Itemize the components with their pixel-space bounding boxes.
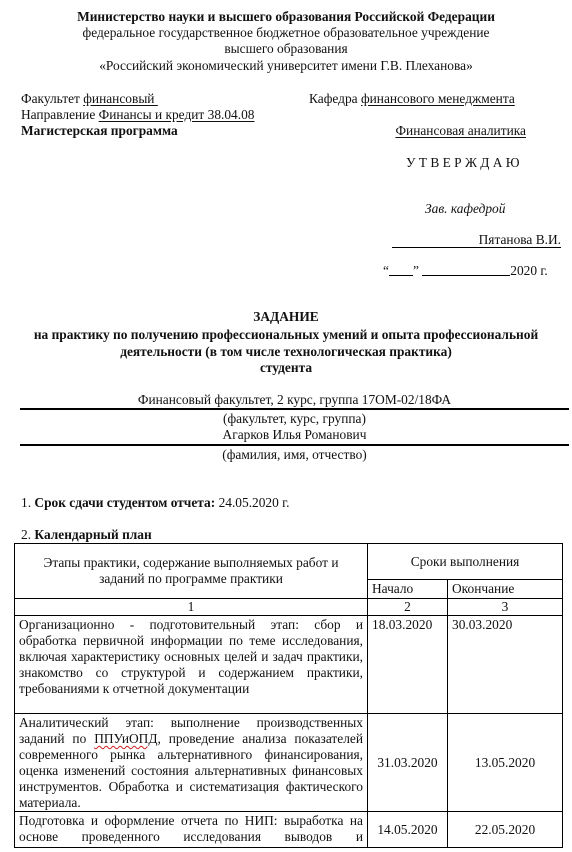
month-blank — [422, 263, 510, 276]
group-underline — [20, 408, 569, 410]
student-name-value: Агарков Илья Романович — [20, 427, 569, 443]
stage-end-date: 22.05.2020 — [448, 812, 563, 848]
header-end: Окончание — [448, 580, 563, 599]
approval-date: “” 2020 г. — [383, 263, 548, 279]
program-label: Магистерская программа — [21, 123, 178, 139]
table-number-row: 1 2 3 — [15, 599, 563, 616]
group-caption: (факультет, курс, группа) — [20, 411, 569, 427]
col-number-2: 2 — [368, 599, 448, 616]
table-row: Организационно - подготовительный этап: … — [15, 616, 563, 714]
stage-start-date: 14.05.2020 — [368, 812, 448, 848]
deadline-label: Срок сдачи студентом отчета: — [34, 495, 215, 510]
name-caption: (фамилия, имя, отчество) — [20, 447, 569, 463]
stage-end-date: 30.03.2020 — [448, 616, 563, 714]
calendar-plan-table: Этапы практики, содержание выполняемых р… — [14, 543, 563, 848]
date-close-quote: ” — [413, 263, 419, 278]
table-row: Подготовка и оформление отчета по НИП: в… — [15, 812, 563, 848]
table-header-row: Этапы практики, содержание выполняемых р… — [15, 544, 563, 580]
header-stages: Этапы практики, содержание выполняемых р… — [15, 544, 368, 599]
institution-line-2: высшего образования — [0, 41, 572, 57]
stage-end-date: 13.05.2020 — [448, 714, 563, 812]
header-start: Начало — [368, 580, 448, 599]
assignment-subtitle-2: деятельности (в том числе технологическа… — [0, 344, 572, 360]
institution-line-1: федеральное государственное бюджетное об… — [0, 25, 572, 41]
stage-start-date: 18.03.2020 — [368, 616, 448, 714]
direction-value: Финансы и кредит 38.04.08 — [99, 107, 255, 122]
stage-description: Подготовка и оформление отчета по НИП: в… — [15, 812, 368, 848]
table-row: Аналитический этап: выполнение производс… — [15, 714, 563, 812]
university-name: «Российский экономический университет им… — [0, 58, 572, 74]
col-number-1: 1 — [15, 599, 368, 616]
faculty-label: Факультет — [21, 91, 80, 106]
department-label: Кафедра — [309, 91, 358, 106]
plan-number: 2. — [21, 527, 31, 542]
stage-start-date: 31.03.2020 — [368, 714, 448, 812]
stage-description: Аналитический этап: выполнение производс… — [15, 714, 368, 812]
department-value: финансового менеджмента — [361, 91, 515, 106]
stage-description: Организационно - подготовительный этап: … — [15, 616, 368, 714]
program-value: Финансовая аналитика — [395, 123, 526, 139]
plan-heading: 2. Календарный план — [21, 527, 152, 543]
faculty-field: Факультет финансовый — [21, 91, 158, 107]
plan-label: Календарный план — [34, 527, 151, 542]
name-underline — [20, 444, 569, 446]
student-group-value: Финансовый факультет, 2 курс, группа 17О… — [20, 392, 569, 408]
approve-heading: У Т В Е Р Ж Д А Ю — [406, 155, 520, 171]
ministry-heading: Министерство науки и высшего образования… — [0, 9, 572, 25]
deadline-line: 1. Срок сдачи студентом отчета: 24.05.20… — [21, 495, 290, 511]
deadline-value: 24.05.2020 г. — [219, 495, 290, 510]
assignment-title: ЗАДАНИЕ — [0, 309, 572, 325]
header-terms: Сроки выполнения — [368, 544, 563, 580]
day-blank — [389, 263, 413, 276]
direction-field: Направление Финансы и кредит 38.04.08 — [21, 107, 255, 123]
deadline-number: 1. — [21, 495, 31, 510]
direction-label: Направление — [21, 107, 95, 122]
assignment-subtitle-3: студента — [0, 360, 572, 376]
faculty-value: финансовый — [83, 91, 154, 106]
date-year: 2020 г. — [510, 263, 547, 278]
spellcheck-flagged-word: ППУиОПД — [94, 731, 157, 746]
approver-position: Зав. кафедрой — [425, 201, 505, 217]
assignment-subtitle-1: на практику по получению профессиональны… — [0, 327, 572, 343]
approver-signature-line: Пятанова В.И. — [392, 232, 561, 248]
col-number-3: 3 — [448, 599, 563, 616]
department-field: Кафедра финансового менеджмента — [309, 91, 515, 107]
approver-name: Пятанова В.И. — [479, 232, 561, 247]
